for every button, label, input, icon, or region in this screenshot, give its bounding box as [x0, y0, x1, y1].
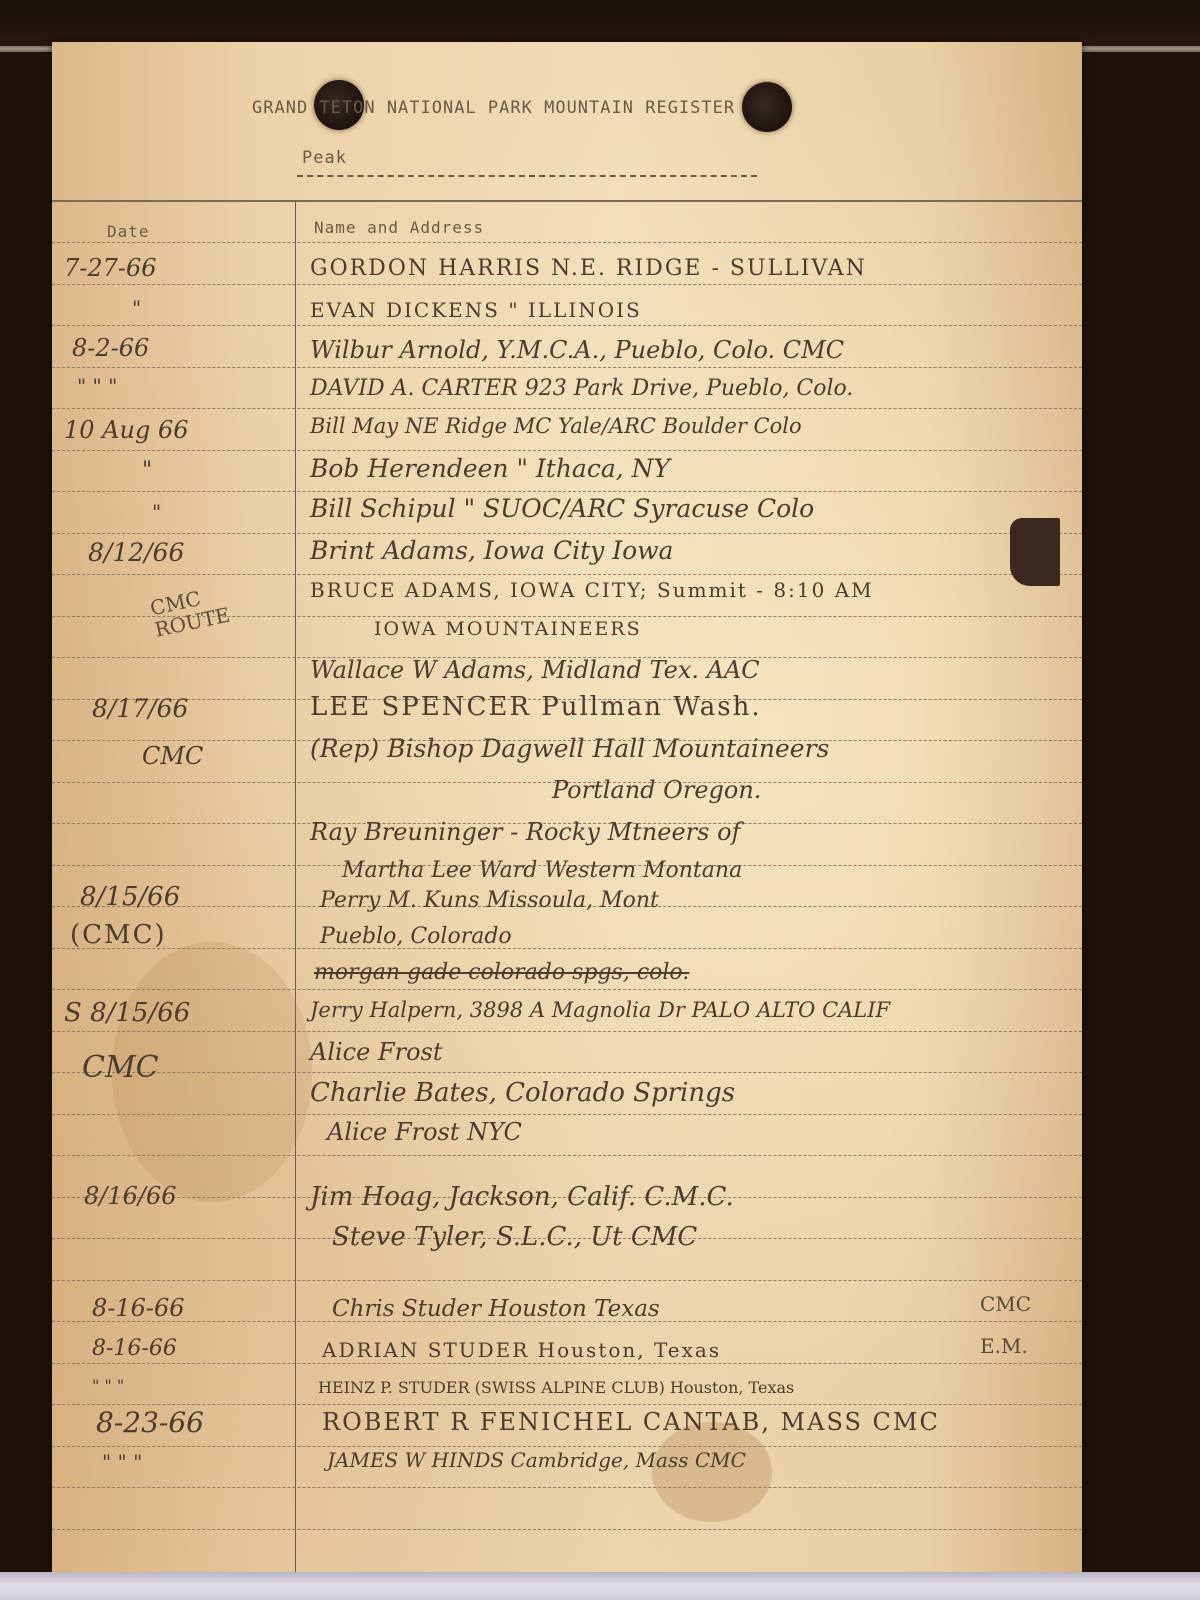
ruled-line [52, 574, 1082, 575]
frame-background [0, 0, 1200, 48]
header-rule [52, 200, 1082, 202]
peak-underline [297, 175, 757, 177]
entry-date: 8/16/66 [84, 1182, 177, 1210]
entry-name-address: morgan gade colorado spgs, colo. [314, 960, 689, 985]
entry-date: 10 Aug 66 [64, 416, 189, 444]
entry-name-address: Bill May NE Ridge MC Yale/ARC Boulder Co… [310, 414, 802, 438]
entry-date: 8/12/66 [88, 538, 184, 567]
ruled-line [52, 284, 1082, 285]
entry-name-address: Ray Breuninger - Rocky Mtneers of [310, 818, 740, 846]
entry-date: " " " [92, 1376, 124, 1395]
column-header-date: Date [107, 222, 150, 241]
ruled-line [52, 1446, 1082, 1447]
entry-date: CMC [82, 1050, 159, 1085]
entry-date: " [132, 296, 141, 320]
ruled-line [52, 1072, 1082, 1073]
punch-hole-right [742, 82, 792, 132]
entry-name-address: Wallace W Adams, Midland Tex. AAC [310, 656, 760, 684]
column-divider [295, 200, 296, 1572]
ruled-line [52, 1404, 1082, 1405]
entry-date: " [142, 458, 152, 483]
peak-label: Peak [302, 148, 347, 168]
entry-name-address: LEE SPENCER Pullman Wash. [310, 692, 762, 722]
entry-name-address: Pueblo, Colorado [320, 924, 512, 949]
entry-name-address: (Rep) Bishop Dagwell Hall Mountaineers [310, 734, 829, 763]
entry-date: " " " [77, 374, 117, 398]
glass-edge-bottom [0, 1572, 1200, 1600]
entry-name-address: HEINZ P. STUDER (SWISS ALPINE CLUB) Hous… [318, 1378, 794, 1397]
entry-date: " " " [102, 1450, 142, 1474]
entry-date: 8-23-66 [96, 1406, 204, 1439]
entry-name-address: Brint Adams, Iowa City Iowa [310, 536, 673, 565]
margin-note-em: E.M. [980, 1334, 1028, 1358]
entry-name-address: Martha Lee Ward Western Montana [342, 858, 742, 883]
ruled-line [52, 533, 1082, 534]
ruled-line [52, 491, 1082, 492]
torn-paper-edge [1010, 518, 1060, 586]
entry-date: " [152, 500, 161, 524]
entry-name-address: Portland Oregon. [552, 776, 761, 804]
entry-name-address: Steve Tyler, S.L.C., Ut CMC [332, 1222, 697, 1252]
ruled-line [52, 242, 1082, 243]
ruled-line [52, 1280, 1082, 1281]
entry-date: S 8/15/66 [64, 998, 190, 1028]
entry-date: (CMC) [70, 920, 167, 950]
ruled-line [52, 408, 1082, 409]
entry-name-address: JAMES W HINDS Cambridge, Mass CMC [327, 1448, 746, 1472]
ruled-line [52, 948, 1082, 949]
entry-name-address: Alice Frost NYC [327, 1118, 522, 1146]
ruled-line [52, 1031, 1082, 1032]
entry-name-address: GORDON HARRIS N.E. RIDGE - SULLIVAN [310, 256, 867, 281]
water-stain [652, 1422, 772, 1522]
margin-note-cmc-route: CMC ROUTE [148, 583, 226, 641]
ruled-line [52, 1114, 1082, 1115]
entry-date: CMC [142, 742, 203, 770]
entry-name-address: ROBERT R FENICHEL CANTAB, MASS CMC [322, 1408, 940, 1436]
entry-name-address: ADRIAN STUDER Houston, Texas [322, 1338, 721, 1362]
entry-name-address: Bob Herendeen " Ithaca, NY [310, 454, 670, 483]
entry-name-address: Bill Schipul " SUOC/ARC Syracuse Colo [310, 494, 814, 523]
ruled-line [52, 989, 1082, 990]
entry-name-address: Charlie Bates, Colorado Springs [310, 1078, 735, 1108]
entry-name-address: DAVID A. CARTER 923 Park Drive, Pueblo, … [310, 376, 853, 401]
entry-name-address: BRUCE ADAMS, IOWA CITY; Summit - 8:10 AM [310, 578, 874, 602]
margin-note-cmc: CMC [980, 1292, 1031, 1316]
entry-name-address: Jerry Halpern, 3898 A Magnolia Dr PALO A… [310, 998, 890, 1022]
entry-date: 8/15/66 [80, 882, 180, 912]
ruled-line [52, 1487, 1082, 1488]
ruled-line [52, 367, 1082, 368]
ruled-line [52, 325, 1082, 326]
entry-name-address: Chris Studer Houston Texas [332, 1296, 660, 1322]
entry-date: 8/17/66 [92, 694, 188, 723]
ruled-line [52, 450, 1082, 451]
register-sheet: GRAND TETON NATIONAL PARK MOUNTAIN REGIS… [52, 42, 1082, 1572]
entry-name-address: Perry M. Kuns Missoula, Mont [320, 888, 659, 913]
entry-name-address: Alice Frost [310, 1038, 443, 1066]
entry-name-address: Wilbur Arnold, Y.M.C.A., Pueblo, Colo. C… [310, 336, 844, 364]
entry-name-address: IOWA MOUNTAINEERS [374, 618, 642, 640]
entry-date: 7-27-66 [64, 254, 157, 282]
ruled-line [52, 1363, 1082, 1364]
column-header-name-address: Name and Address [314, 218, 484, 237]
ruled-line [52, 1155, 1082, 1156]
register-title: GRAND TETON NATIONAL PARK MOUNTAIN REGIS… [252, 98, 735, 118]
entry-date: 8-2-66 [72, 334, 149, 362]
entry-date: 8-16-66 [92, 1294, 185, 1322]
entry-name-address: Jim Hoag, Jackson, Calif. C.M.C. [310, 1182, 734, 1212]
entry-name-address: EVAN DICKENS " ILLINOIS [310, 298, 642, 322]
entry-date: 8-16-66 [92, 1336, 177, 1361]
ruled-line [52, 1529, 1082, 1530]
